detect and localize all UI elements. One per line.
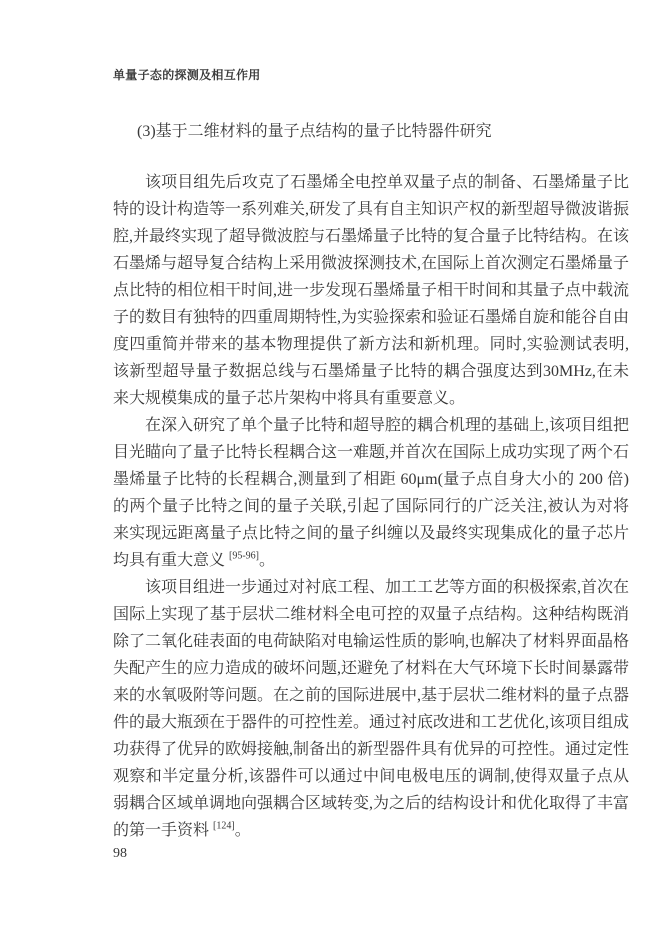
text-run: 在深入研究了单个量子比特和超导腔的耦合机理的基础上,该项目组把目光瞄向了量子比特… [113, 417, 629, 569]
text-run: 。 [259, 552, 275, 569]
page-number: 98 [113, 846, 127, 862]
running-header: 单量子态的探测及相互作用 [113, 66, 261, 83]
section-heading: (3)基于二维材料的量子点结构的量子比特器件研究 [113, 118, 633, 145]
paragraph: 该项目组先后攻克了石墨烯全电控单双量子点的制备、石墨烯量子比特的设计构造等一系列… [113, 169, 629, 412]
citation-marker: [95-96] [229, 551, 259, 562]
text-run: 该项目组先后攻克了石墨烯全电控单双量子点的制备、石墨烯量子比特的设计构造等一系列… [113, 174, 629, 407]
citation-marker: [124] [213, 821, 235, 832]
paragraph: 在深入研究了单个量子比特和超导腔的耦合机理的基础上,该项目组把目光瞄向了量子比特… [113, 412, 629, 574]
text-run: 。 [235, 822, 251, 839]
body-text: 该项目组先后攻克了石墨烯全电控单双量子点的制备、石墨烯量子比特的设计构造等一系列… [113, 169, 629, 844]
document-page: 单量子态的探测及相互作用 (3)基于二维材料的量子点结构的量子比特器件研究 该项… [0, 0, 666, 930]
paragraph: 该项目组进一步通过对衬底工程、加工工艺等方面的积极探索,首次在国际上实现了基于层… [113, 574, 629, 844]
text-run: 该项目组进一步通过对衬底工程、加工工艺等方面的积极探索,首次在国际上实现了基于层… [113, 579, 629, 839]
